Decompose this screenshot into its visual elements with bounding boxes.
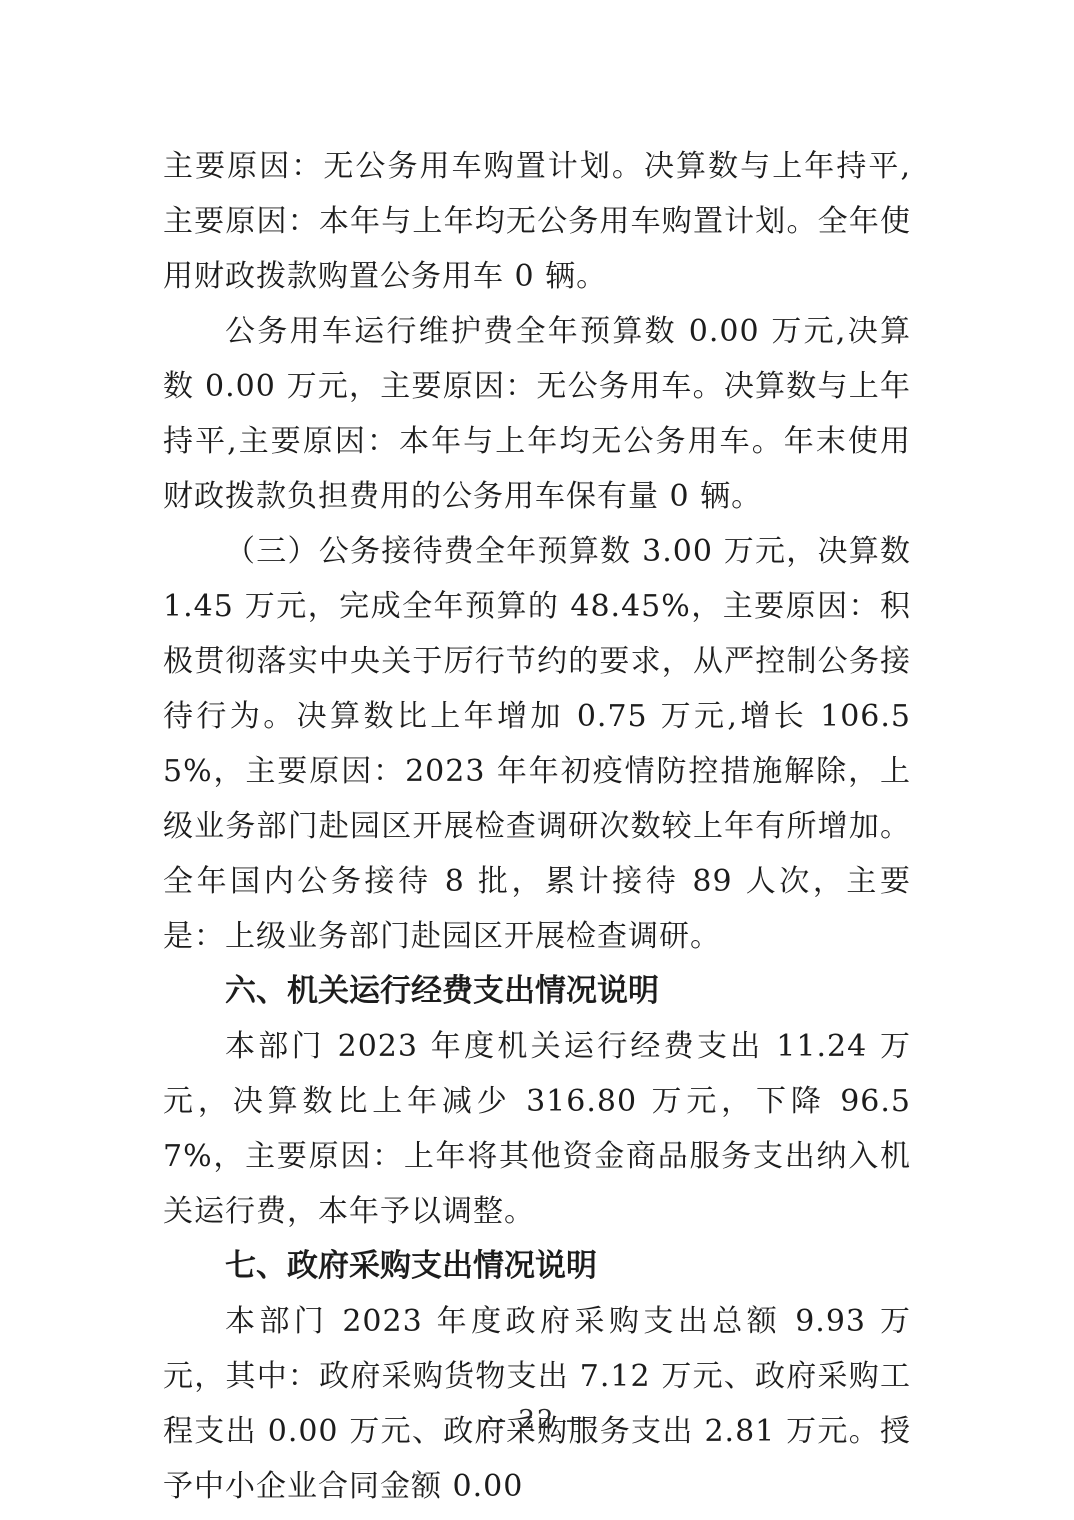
document-page: 主要原因：无公务用车购置计划。决算数与上年持平,主要原因：本年与上年均无公务用车…	[0, 0, 1074, 1520]
section-heading-operating-expense: 六、机关运行经费支出情况说明	[163, 964, 911, 1019]
paragraph-vehicle-maintenance: 公务用车运行维护费全年预算数 0.00 万元,决算数 0.00 万元，主要原因：…	[163, 304, 911, 524]
page-number-footer: — 22 —	[0, 1404, 1074, 1436]
paragraph-operating-expense: 本部门 2023 年度机关运行经费支出 11.24 万元，决算数比上年减少 31…	[163, 1019, 911, 1239]
paragraph-vehicle-purchase: 主要原因：无公务用车购置计划。决算数与上年持平,主要原因：本年与上年均无公务用车…	[163, 139, 911, 304]
document-body: 主要原因：无公务用车购置计划。决算数与上年持平,主要原因：本年与上年均无公务用车…	[163, 139, 911, 1514]
paragraph-official-reception: （三）公务接待费全年预算数 3.00 万元，决算数 1.45 万元，完成全年预算…	[163, 524, 911, 964]
section-heading-government-procurement: 七、政府采购支出情况说明	[163, 1239, 911, 1294]
